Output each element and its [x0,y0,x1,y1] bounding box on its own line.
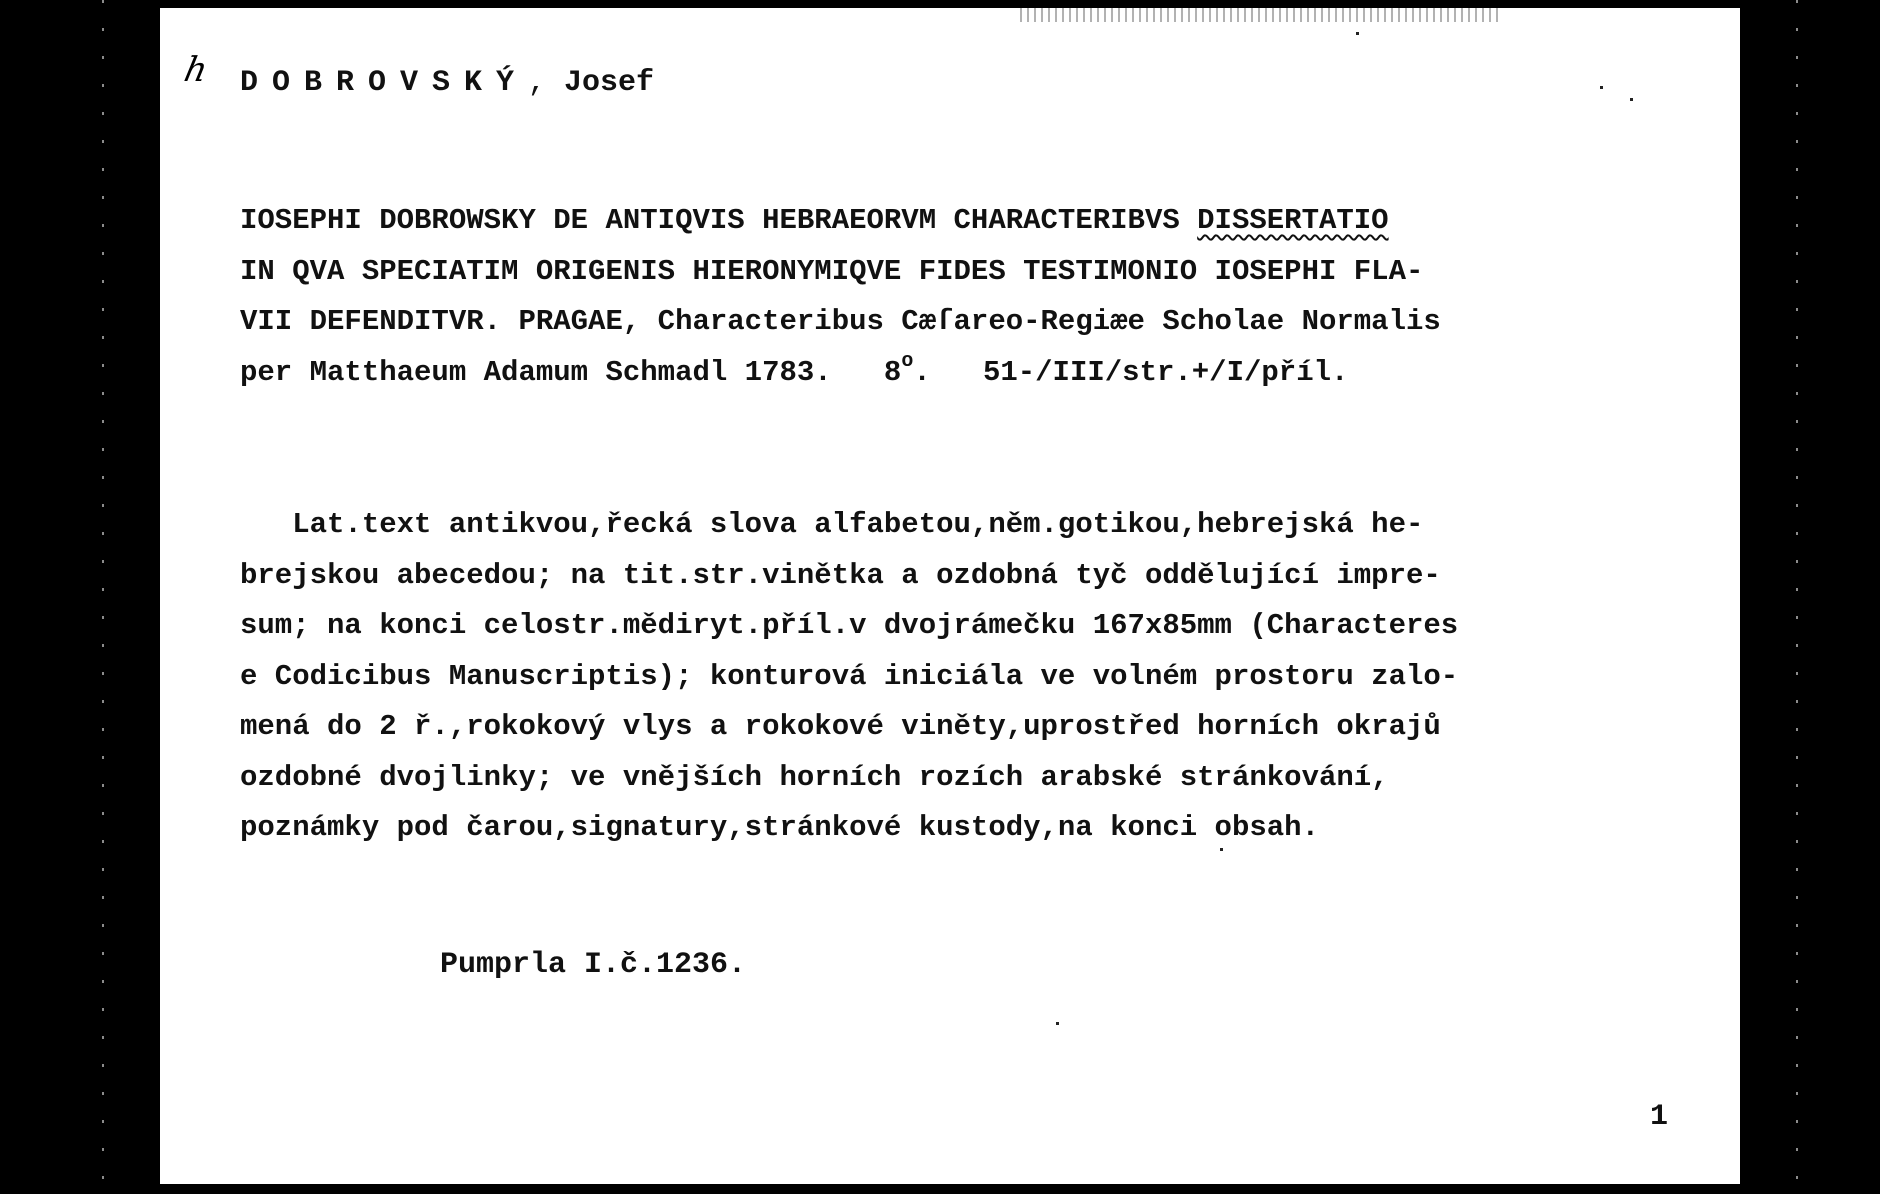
note-line: sum; na konci celostr.mědiryt.příl.v dvo… [240,601,1458,652]
author-surname: DOBROVSKÝ [240,66,528,100]
note-line: brejskou abecedou; na tit.str.vinětka a … [240,551,1458,602]
note-line: ozdobné dvojlinky; ve vnějších horních r… [240,753,1458,804]
card-sequence-number: 1 [1650,1100,1668,1134]
scan-speck [1600,86,1603,89]
heading-separator: , [528,66,564,100]
scan-speck [1630,98,1633,101]
note-line: poznámky pod čarou,signatury,stránkové k… [240,803,1458,854]
film-perforation-left [102,0,104,1194]
note-line: e Codicibus Manuscriptis); konturová ini… [240,652,1458,703]
bibliography-reference: Pumprla I.č.1236. [440,948,746,982]
physical-description-note: Lat.text antikvou,řecká slova alfabetou,… [240,500,1458,854]
scan-speck [1220,848,1223,851]
scan-speck [1056,1022,1059,1025]
format-superscript: o [901,350,913,373]
film-perforation-right [1796,0,1798,1194]
title-description: IOSEPHI DOBROWSKY DE ANTIQVIS HEBRAEORVM… [240,196,1441,398]
title-line: VII DEFENDITVR. PRAGAE, Characteribus Cæ… [240,297,1441,348]
title-line: per Matthaeum Adamum Schmadl 1783. 8o. 5… [240,348,1441,399]
note-line: mená do 2 ř.,rokokový vlys a rokokové vi… [240,702,1458,753]
handwritten-initial: h [181,50,211,90]
author-given-name: Josef [564,66,654,100]
title-line: IN QVA SPECIATIM ORIGENIS HIERONYMIQVE F… [240,247,1441,298]
scan-speck [1356,32,1359,35]
title-line: IOSEPHI DOBROWSKY DE ANTIQVIS HEBRAEORVM… [240,196,1441,247]
underlined-word: DISSERTATIO [1197,204,1388,237]
note-line: Lat.text antikvou,řecká slova alfabetou,… [240,500,1458,551]
catalog-card: h DOBROVSKÝ, Josef IOSEPHI DOBROWSKY DE … [160,8,1740,1184]
scan-noise [1020,8,1500,22]
author-heading: DOBROVSKÝ, Josef [240,66,654,100]
